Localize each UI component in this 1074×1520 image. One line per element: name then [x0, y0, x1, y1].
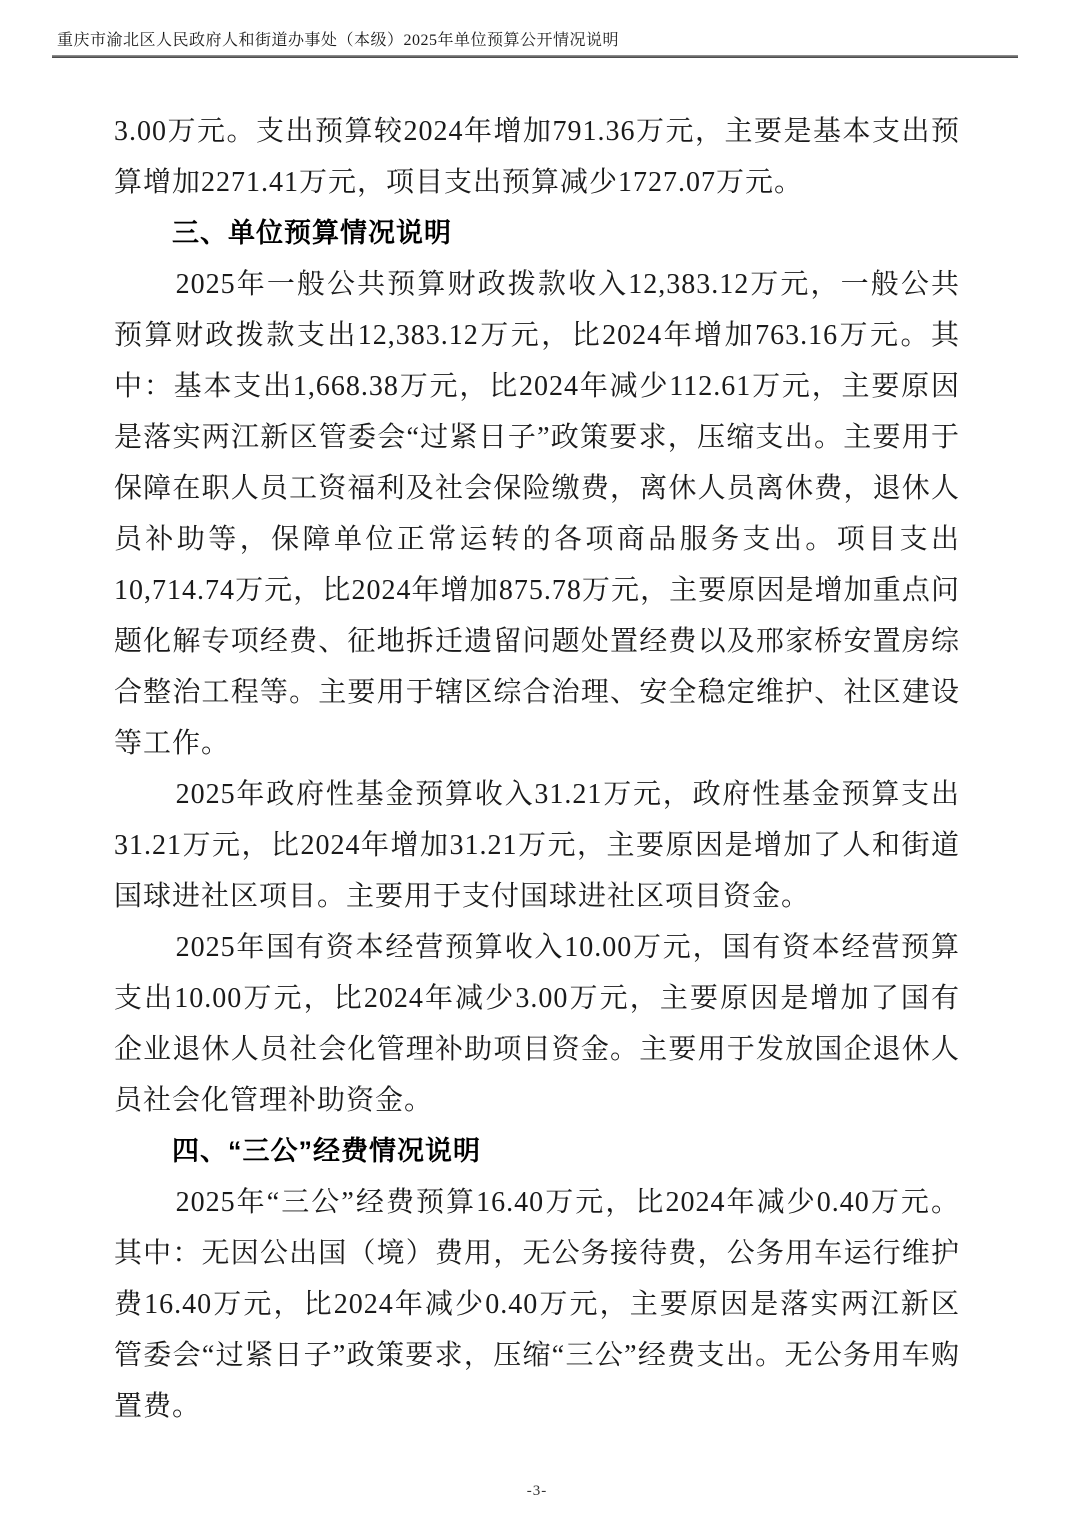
section-heading-three-public-expenses: 四、“三公”经费情况说明 [114, 1126, 960, 1177]
paragraph-general-public-budget: 2025年一般公共预算财政拨款收入12,383.12万元，一般公共预算财政拨款支… [114, 259, 960, 769]
paragraph-three-public-expenses: 2025年“三公”经费预算16.40万元，比2024年减少0.40万元。其中：无… [114, 1177, 960, 1432]
page-number: -3- [0, 1483, 1074, 1500]
header-rule-divider [52, 55, 1018, 58]
paragraph-government-fund-budget: 2025年政府性基金预算收入31.21万元，政府性基金预算支出31.21万元，比… [114, 769, 960, 922]
document-page: 重庆市渝北区人民政府人和街道办事处（本级）2025年单位预算公开情况说明 3.0… [0, 0, 1074, 1520]
paragraph-carryover-expenditure: 3.00万元。支出预算较2024年增加791.36万元，主要是基本支出预算增加2… [114, 106, 960, 208]
document-body: 3.00万元。支出预算较2024年增加791.36万元，主要是基本支出预算增加2… [114, 106, 960, 1432]
paragraph-state-capital-budget: 2025年国有资本经营预算收入10.00万元，国有资本经营预算支出10.00万元… [114, 922, 960, 1126]
section-heading-unit-budget: 三、单位预算情况说明 [114, 208, 960, 259]
running-header-title: 重庆市渝北区人民政府人和街道办事处（本级）2025年单位预算公开情况说明 [57, 31, 1017, 51]
